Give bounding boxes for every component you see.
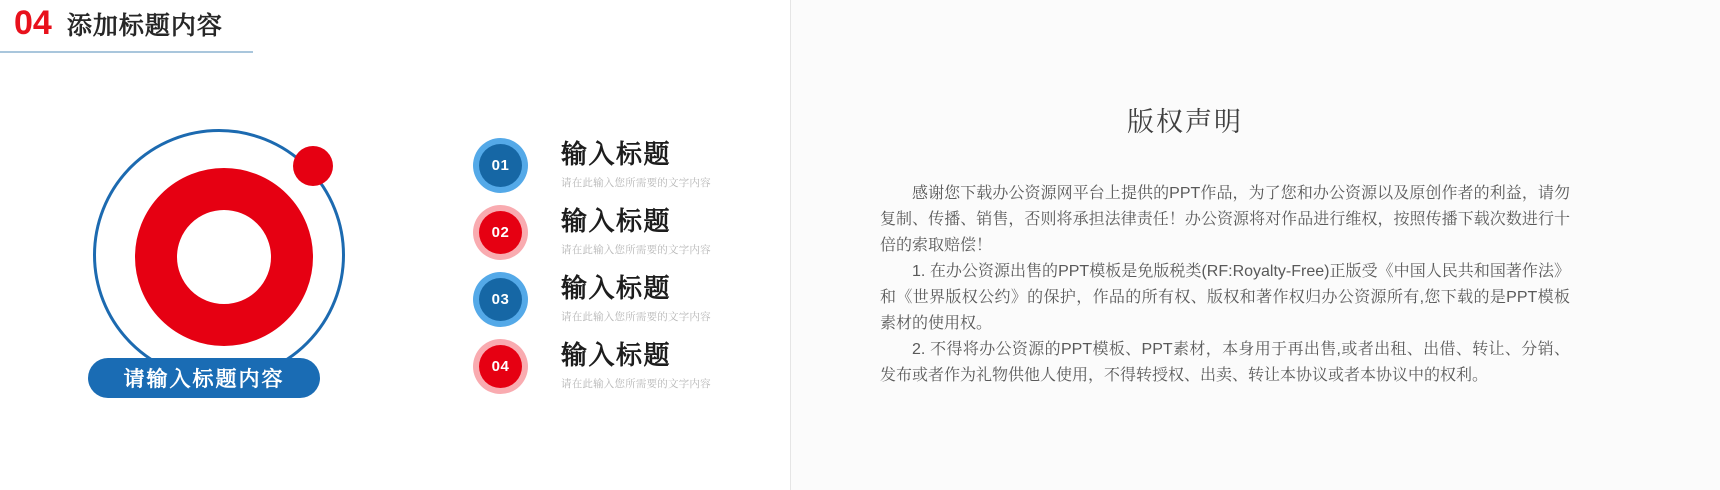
step-badge-inner: 04 [479,345,522,388]
step-badge-01: 01 [473,138,528,193]
copyright-title: 版权声明 [880,100,1490,139]
circle-graphic: 请输入标题内容 [0,0,420,440]
item-desc: 请在此输入您所需要的文字内容 [561,175,711,190]
step-badge-03: 03 [473,272,528,327]
copyright-paragraph: 1. 在办公资源出售的PPT模板是免版税类(RF:Royalty-Free)正版… [880,259,1570,337]
slides-preview: 04 添加标题内容 请输入标题内容 01 输入标题 请在此输入您所需要 [0,0,1720,490]
item-desc: 请在此输入您所需要的文字内容 [561,309,711,324]
copyright-paragraph: 感谢您下载办公资源网平台上提供的PPT作品，为了您和办公资源以及原创作者的利益，… [880,181,1570,259]
item-text: 输入标题 请在此输入您所需要的文字内容 [561,275,711,324]
slide-left[interactable]: 04 添加标题内容 请输入标题内容 01 输入标题 请在此输入您所需要 [0,0,790,490]
item-desc: 请在此输入您所需要的文字内容 [561,242,711,257]
list-item: 03 输入标题 请在此输入您所需要的文字内容 [473,271,711,328]
step-number: 02 [492,224,510,241]
item-title: 输入标题 [561,208,711,235]
title-pill[interactable]: 请输入标题内容 [88,358,320,398]
pill-label: 请输入标题内容 [124,363,285,393]
slide-right[interactable]: 版权声明 感谢您下载办公资源网平台上提供的PPT作品，为了您和办公资源以及原创作… [791,0,1720,490]
step-number: 01 [492,157,510,174]
item-text: 输入标题 请在此输入您所需要的文字内容 [561,208,711,257]
list-item: 02 输入标题 请在此输入您所需要的文字内容 [473,204,711,261]
donut-shape [135,168,313,346]
step-badge-04: 04 [473,339,528,394]
list-item: 01 输入标题 请在此输入您所需要的文字内容 [473,137,711,194]
copyright-body: 感谢您下载办公资源网平台上提供的PPT作品，为了您和办公资源以及原创作者的利益，… [880,181,1570,389]
item-desc: 请在此输入您所需要的文字内容 [561,376,711,391]
item-text: 输入标题 请在此输入您所需要的文字内容 [561,141,711,190]
step-number: 04 [492,358,510,375]
step-badge-inner: 03 [479,278,522,321]
item-title: 输入标题 [561,342,711,369]
item-list: 01 输入标题 请在此输入您所需要的文字内容 02 输入标题 请在此输入您所需要… [473,137,711,405]
list-item: 04 输入标题 请在此输入您所需要的文字内容 [473,338,711,395]
item-text: 输入标题 请在此输入您所需要的文字内容 [561,342,711,391]
step-badge-inner: 01 [479,144,522,187]
step-number: 03 [492,291,510,308]
item-title: 输入标题 [561,275,711,302]
copyright-paragraph: 2. 不得将办公资源的PPT模板、PPT素材，本身用于再出售,或者出租、出借、转… [880,337,1570,389]
step-badge-02: 02 [473,205,528,260]
dot-decoration [293,146,333,186]
step-badge-inner: 02 [479,211,522,254]
item-title: 输入标题 [561,141,711,168]
